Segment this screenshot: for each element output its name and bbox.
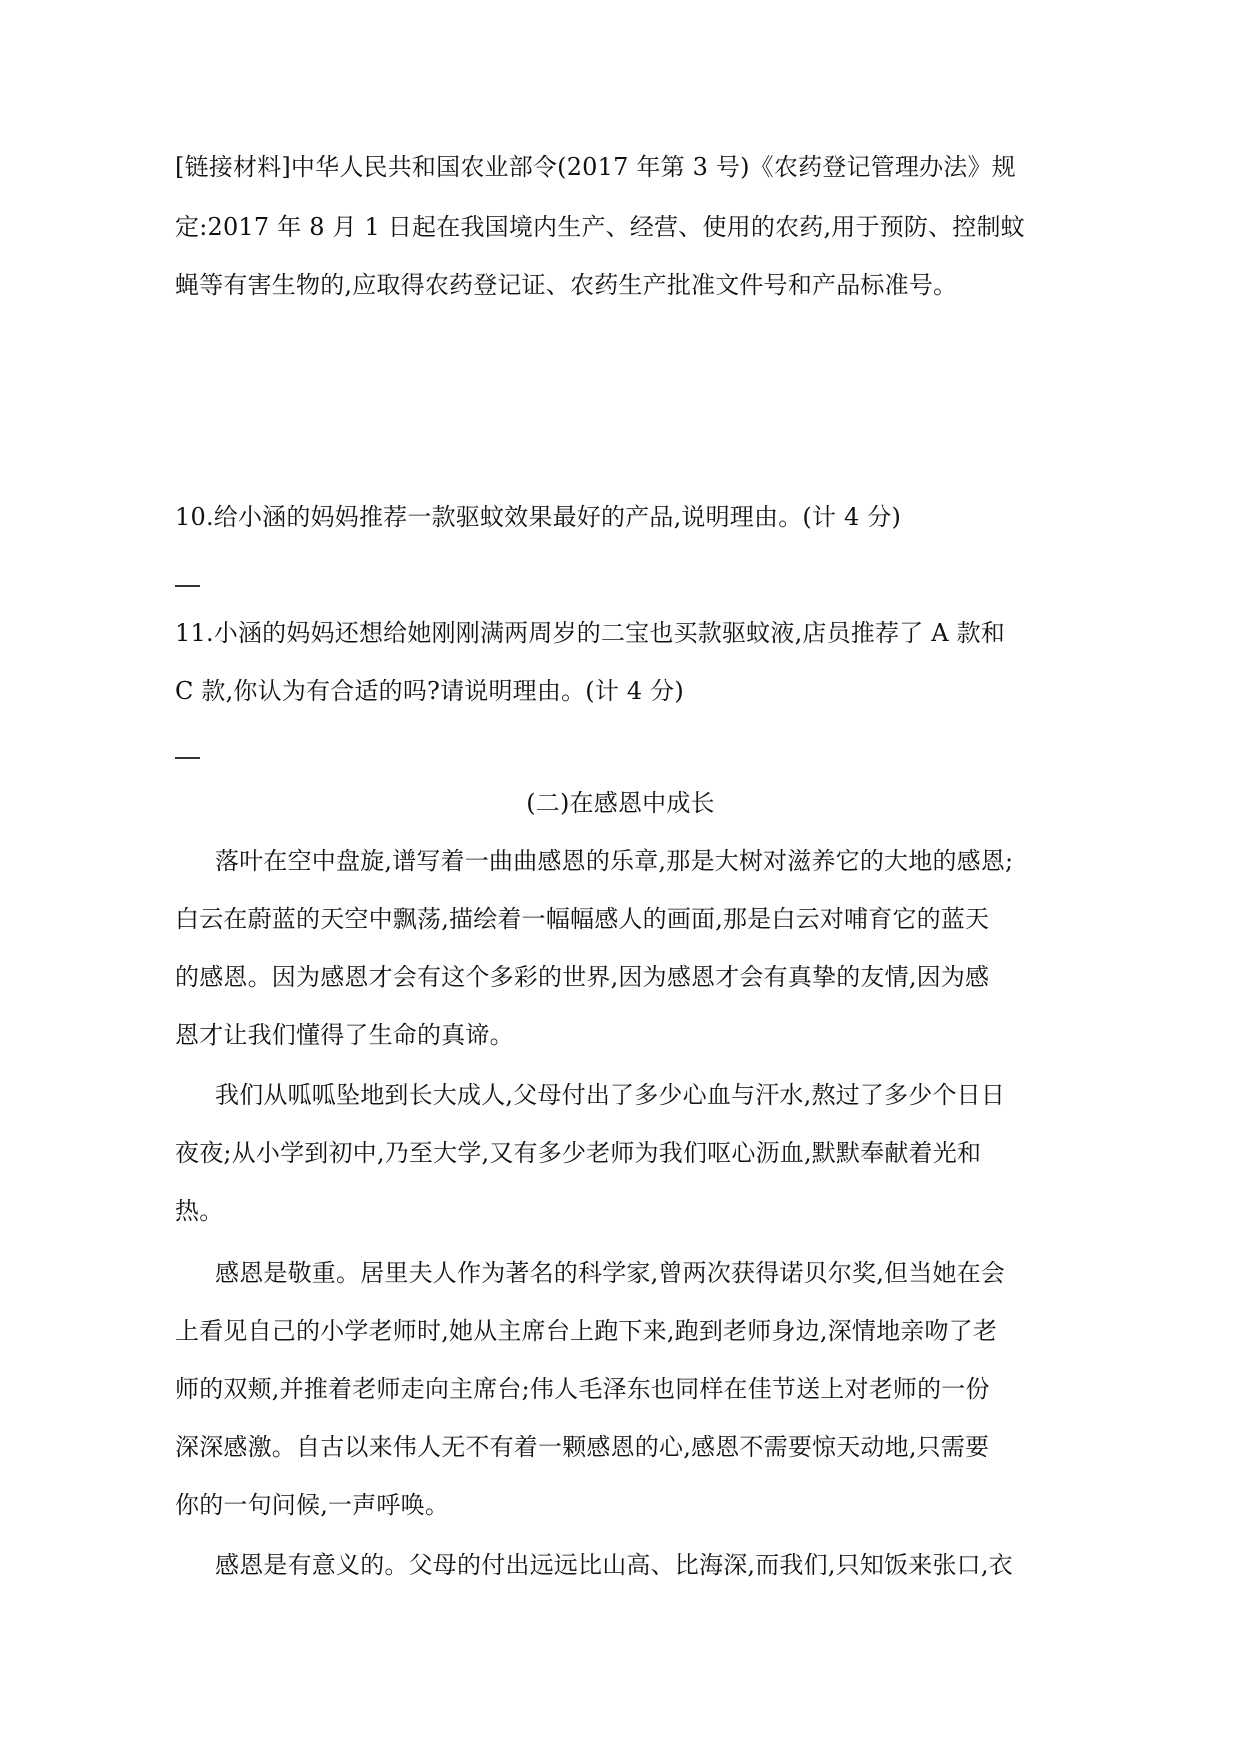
question-10: 10.给小涵的妈妈推荐一款驱蚊效果最好的产品,说明理由。(计 4 分)	[175, 502, 1055, 532]
paragraph-1-line-4: 恩才让我们懂得了生命的真谛。	[175, 1020, 1055, 1050]
paragraph-4-line-1: 感恩是有意义的。父母的付出远远比山高、比海深,而我们,只知饭来张口,衣	[215, 1550, 1095, 1580]
paragraph-2-line-2: 夜夜;从小学到初中,乃至大学,又有多少老师为我们呕心沥血,默默奉献着光和	[175, 1138, 1055, 1168]
paragraph-1-line-1: 落叶在空中盘旋,谱写着一曲曲感恩的乐章,那是大树对滋养它的大地的感恩;	[215, 846, 1095, 876]
question-11-line-1: 11.小涵的妈妈还想给她刚刚满两周岁的二宝也买款驱蚊液,店员推荐了 A 款和	[175, 618, 1055, 648]
paragraph-1-line-2: 白云在蔚蓝的天空中飘荡,描绘着一幅幅感人的画面,那是白云对哺育它的蓝天	[175, 904, 1055, 934]
answer-blank-11[interactable]	[175, 757, 200, 759]
paragraph-3-line-5: 你的一句问候,一声呼唤。	[175, 1490, 1055, 1520]
document-page: [链接材料]中华人民共和国农业部令(2017 年第 3 号)《农药登记管理办法》…	[0, 0, 1241, 1754]
link-material-line-3: 蝇等有害生物的,应取得农药登记证、农药生产批准文件号和产品标准号。	[175, 270, 1055, 300]
answer-blank-10[interactable]	[175, 585, 200, 587]
paragraph-3-line-1: 感恩是敬重。居里夫人作为著名的科学家,曾两次获得诺贝尔奖,但当她在会	[215, 1258, 1095, 1288]
paragraph-2-line-3: 热。	[175, 1196, 1055, 1226]
link-material-line-2: 定:2017 年 8 月 1 日起在我国境内生产、经营、使用的农药,用于预防、控…	[175, 212, 1055, 242]
paragraph-3-line-3: 师的双颊,并推着老师走向主席台;伟人毛泽东也同样在佳节送上对老师的一份	[175, 1374, 1055, 1404]
paragraph-1-line-3: 的感恩。因为感恩才会有这个多彩的世界,因为感恩才会有真挚的友情,因为感	[175, 962, 1055, 992]
paragraph-3-line-2: 上看见自己的小学老师时,她从主席台上跑下来,跑到老师身边,深情地亲吻了老	[175, 1316, 1055, 1346]
paragraph-2-line-1: 我们从呱呱坠地到长大成人,父母付出了多少心血与汗水,熬过了多少个日日	[215, 1080, 1095, 1110]
paragraph-3-line-4: 深深感激。自古以来伟人无不有着一颗感恩的心,感恩不需要惊天动地,只需要	[175, 1432, 1055, 1462]
link-material-line-1: [链接材料]中华人民共和国农业部令(2017 年第 3 号)《农药登记管理办法》…	[175, 152, 1055, 182]
section-title: (二)在感恩中成长	[0, 788, 1241, 818]
question-11-line-2: C 款,你认为有合适的吗?请说明理由。(计 4 分)	[175, 676, 1055, 706]
